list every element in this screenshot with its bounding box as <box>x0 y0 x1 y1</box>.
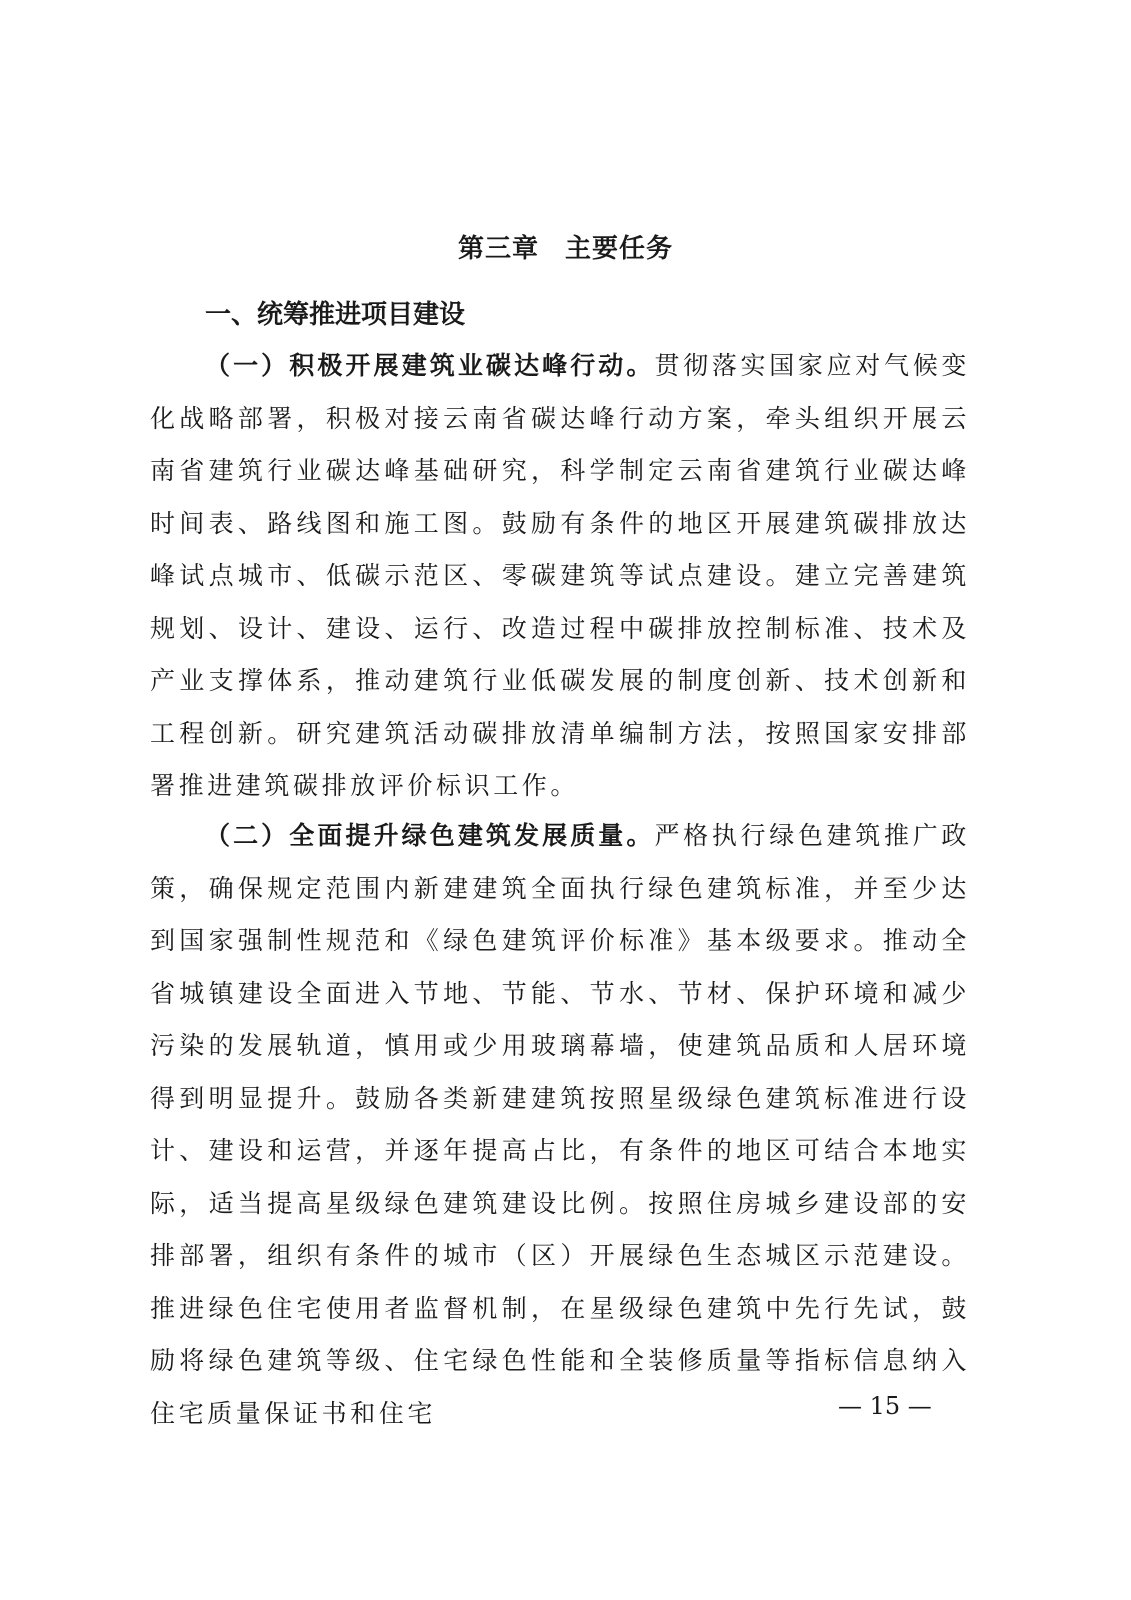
chapter-title: 第三章主要任务 <box>0 228 1131 265</box>
paragraph-2-text: 严格执行绿色建筑推广政策，确保规定范围内新建建筑全面执行绿色建筑标准，并至少达到… <box>150 821 970 1428</box>
paragraph-2-lead: （二）全面提升绿色建筑发展质量。 <box>205 821 654 850</box>
paragraph-1-lead: （一）积极开展建筑业碳达峰行动。 <box>205 351 654 380</box>
paragraph-1: （一）积极开展建筑业碳达峰行动。贯彻落实国家应对气候变化战略部署，积极对接云南省… <box>150 340 970 813</box>
page-number: — 15 — <box>838 1392 932 1420</box>
section-heading: 一、统筹推进项目建设 <box>205 294 465 331</box>
paragraph-2: （二）全面提升绿色建筑发展质量。严格执行绿色建筑推广政策，确保规定范围内新建建筑… <box>150 810 970 1440</box>
chapter-number: 第三章 <box>458 234 539 264</box>
document-page: 第三章主要任务 一、统筹推进项目建设 （一）积极开展建筑业碳达峰行动。贯彻落实国… <box>0 0 1131 1600</box>
chapter-name: 主要任务 <box>565 234 673 264</box>
paragraph-1-text: 贯彻落实国家应对气候变化战略部署，积极对接云南省碳达峰行动方案，牵头组织开展云南… <box>150 351 970 800</box>
